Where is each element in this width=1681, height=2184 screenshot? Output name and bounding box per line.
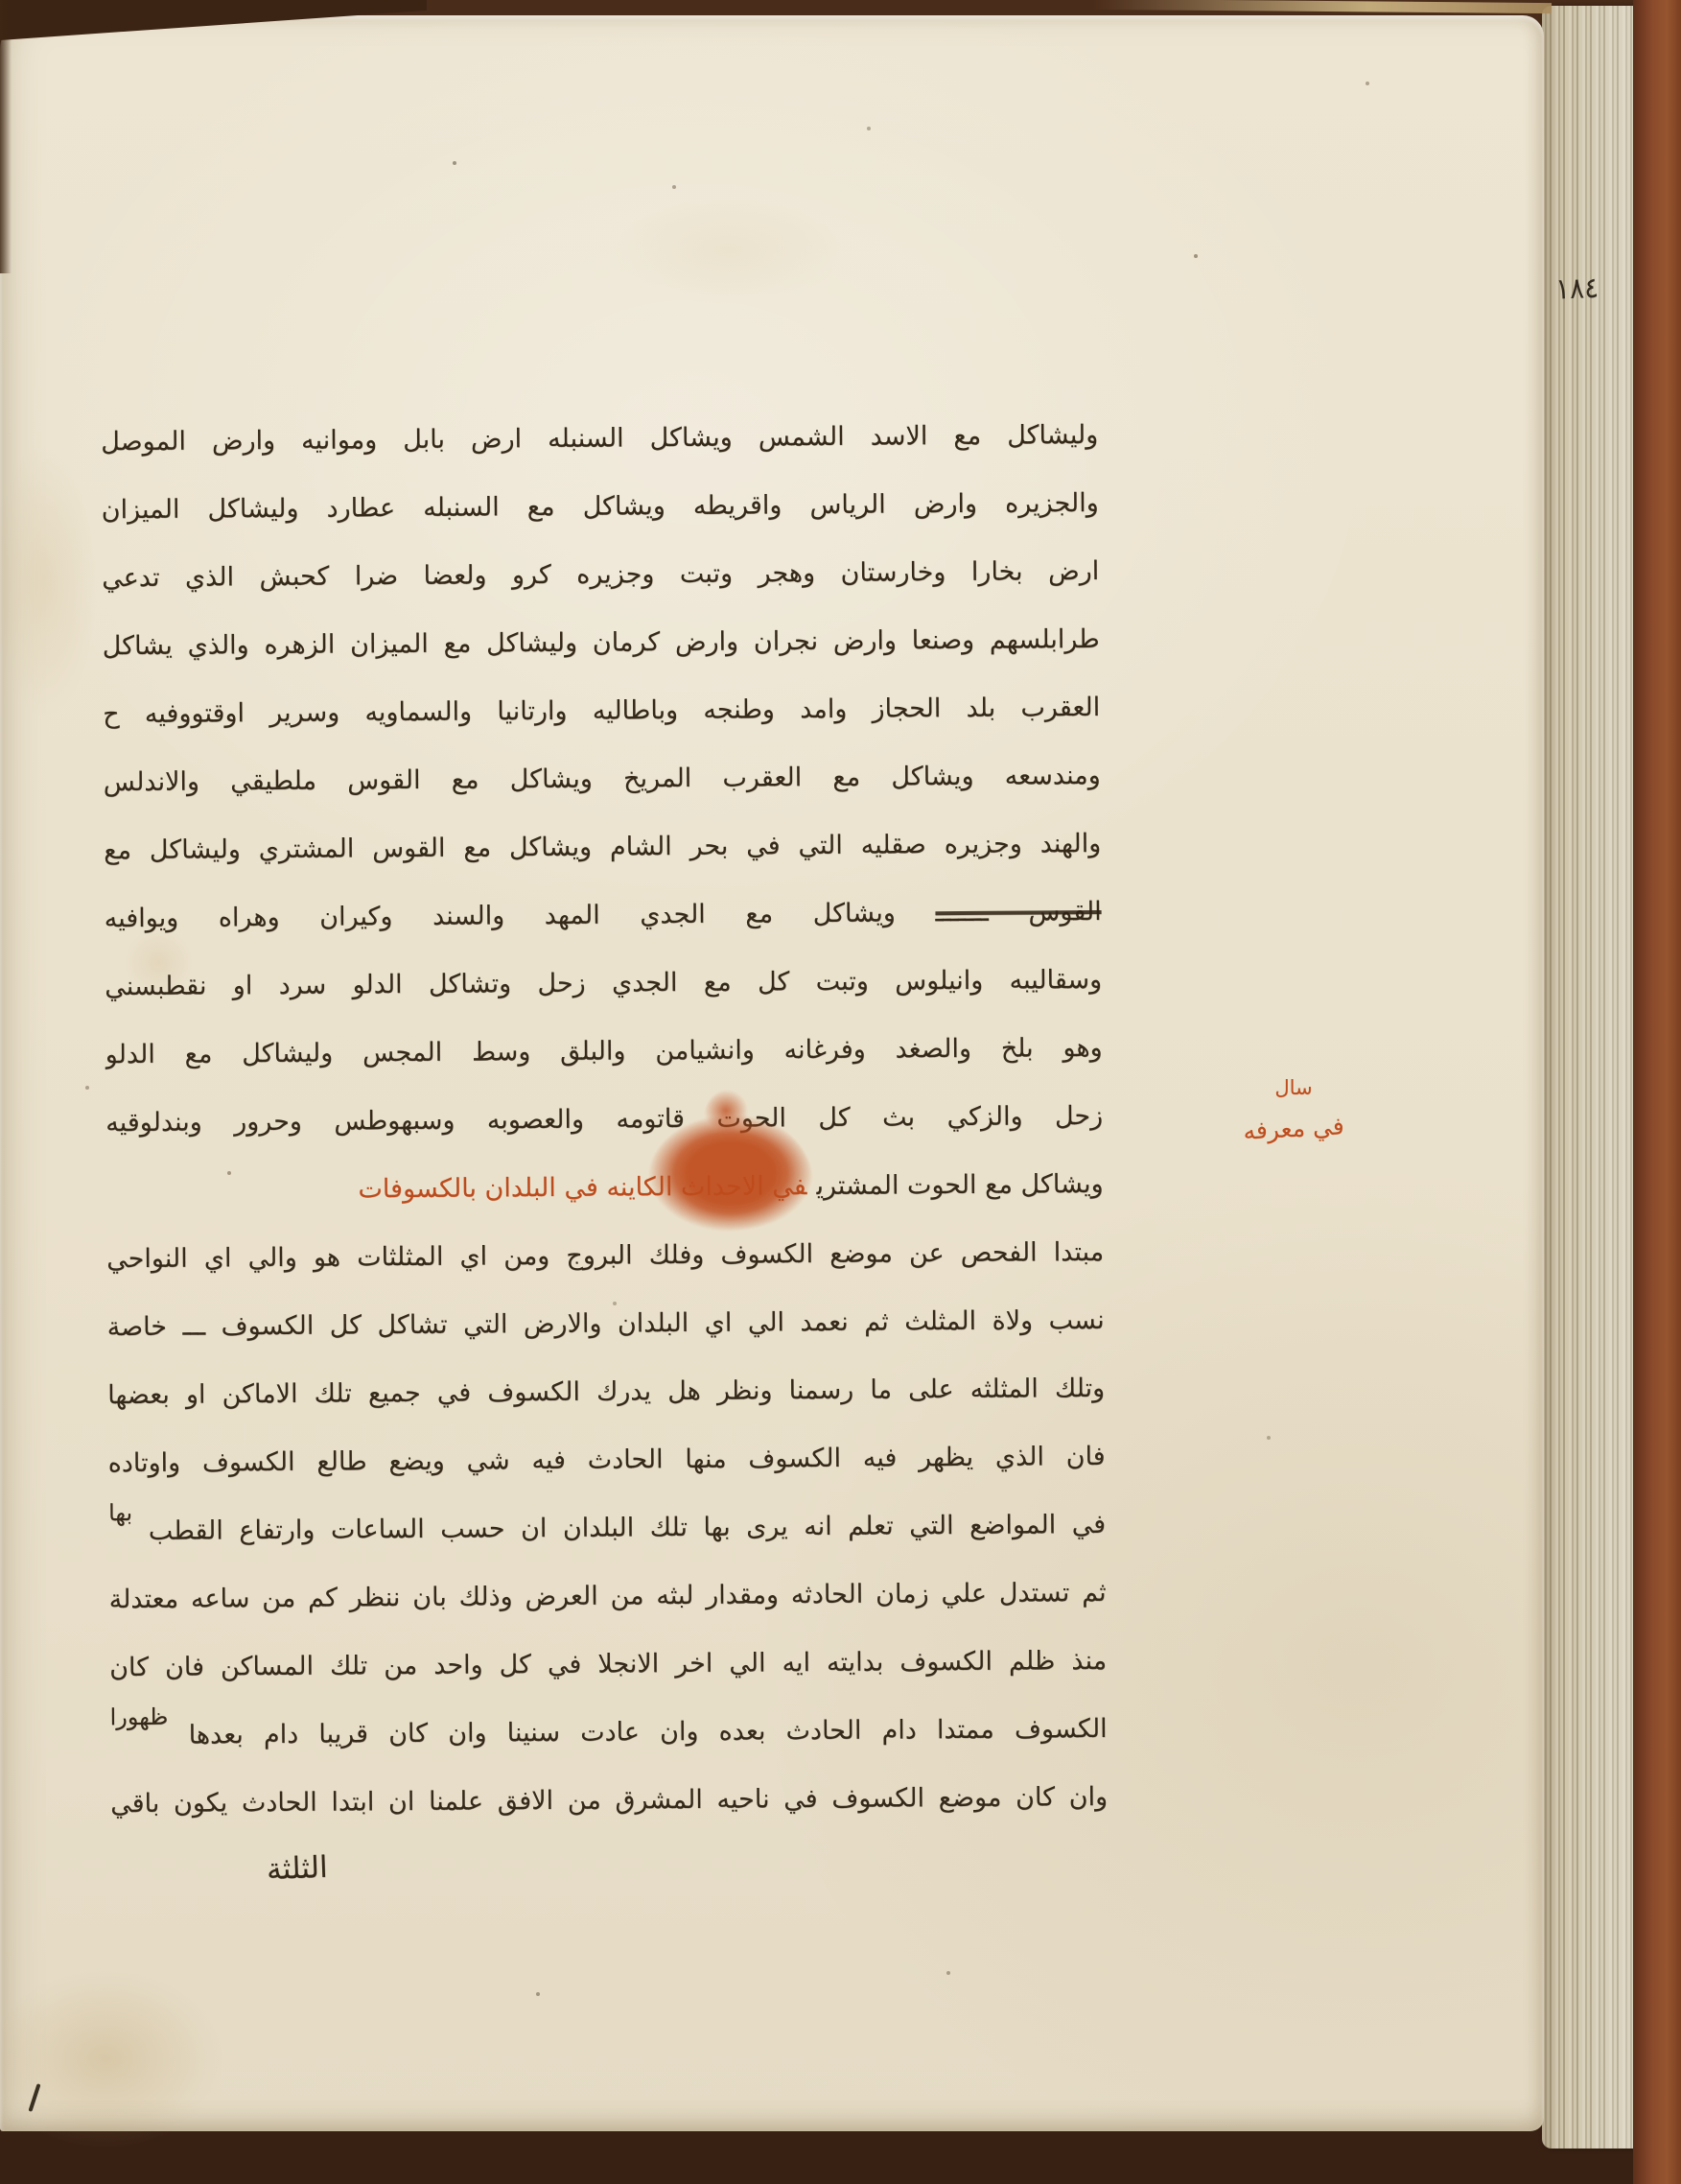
text-line: ارض بخارا وخارستان وهجر وتبت وجزيره كرو …: [102, 543, 1099, 618]
struck-word: القوس ـــــــ: [935, 897, 1101, 928]
text-block: وليشاكل مع الاسد الشمس ويشاكل السنبله ار…: [101, 407, 1108, 1843]
text-line: وليشاكل مع الاسد الشمس ويشاكل السنبله ار…: [101, 407, 1098, 481]
paper-stain: [575, 178, 882, 322]
paper-stain: [0, 399, 115, 763]
manuscript-page: وليشاكل مع الاسد الشمس ويشاكل السنبله ار…: [0, 15, 1544, 2131]
book-fore-edge: [1542, 6, 1638, 2149]
text-line: الكسوف ممتدا دام الحادث بعده وان عادت سن…: [109, 1701, 1107, 1775]
text-line: ثم تستدل علي زمان الحادثه ومقدار لبثه من…: [108, 1564, 1106, 1639]
text-line: والهند وجزيره صقليه التي في بحر الشام وي…: [104, 815, 1101, 890]
paper-stain: [0, 1934, 268, 2183]
book-top-edge-highlight: [1093, 0, 1552, 13]
text-line-with-strikeout: القوس ـــــــ ويشاكل مع الجدي المهد والس…: [104, 883, 1101, 958]
book-cover-right: [1633, 0, 1681, 2184]
text-line: فان الذي يظهر فيه الكسوف منها الحادث فيه…: [107, 1428, 1105, 1503]
text-line: العقرب بلد الحجاز وامد وطنجه وباطاليه وا…: [103, 679, 1100, 754]
margin-note-word: سال: [1231, 1076, 1356, 1099]
text-line: وتلك المثلثه على ما رسمنا ونظر هل يدرك ا…: [107, 1360, 1105, 1435]
fore-edge-folio-number: ١٨٤: [1554, 270, 1599, 306]
rubricated-heading-line: ويشاكل مع الحوت المشتريفي الاحداث الكاين…: [105, 1156, 1103, 1231]
text-line: والجزيره وارض الرياس واقريطه ويشاكل مع ا…: [102, 475, 1099, 550]
binding-edge-left: [0, 0, 12, 273]
text-line: مبتدا الفحص عن موضع الكسوف وفلك البروج و…: [106, 1224, 1104, 1299]
text-line: زحل والزكي بث كل الحوت قاتومه والعصوبه و…: [105, 1088, 1103, 1162]
margin-note-word: في معرفه: [1230, 1112, 1356, 1146]
raised-word: ظهورا: [109, 1703, 168, 1730]
ink-mark: [28, 2083, 40, 2112]
raised-word: بها: [108, 1499, 132, 1526]
text-line: منذ ظلم الكسوف بدايته ايه الي اخر الانجل…: [109, 1632, 1107, 1707]
text-line: في المواضع التي تعلم انه يرى بها تلك الب…: [108, 1496, 1106, 1571]
text-line: وهو بلخ والصغد وفرغانه وانشيامن والبلق و…: [105, 1020, 1102, 1094]
text-line: وان كان موضع الكسوف في ناحيه المشرق من ا…: [110, 1769, 1108, 1843]
catchword: الثلثة: [266, 1850, 328, 1887]
manuscript-photo: وليشاكل مع الاسد الشمس ويشاكل السنبله ار…: [0, 0, 1681, 2184]
text-line: نسب ولاة المثلث ثم نعمد الي اي البلدان و…: [106, 1292, 1104, 1367]
text-line: وسقاليبه وانيلوس وتبت كل مع الجدي زحل وت…: [105, 951, 1102, 1026]
text-line: ومندسعه ويشاكل مع العقرب المريخ ويشاكل م…: [104, 747, 1101, 822]
text-line: طرابلسهم وصنعا وارض نجران وارض كرمان ولي…: [103, 611, 1100, 686]
margin-note-red: سال في معرفه: [1231, 1076, 1356, 1142]
